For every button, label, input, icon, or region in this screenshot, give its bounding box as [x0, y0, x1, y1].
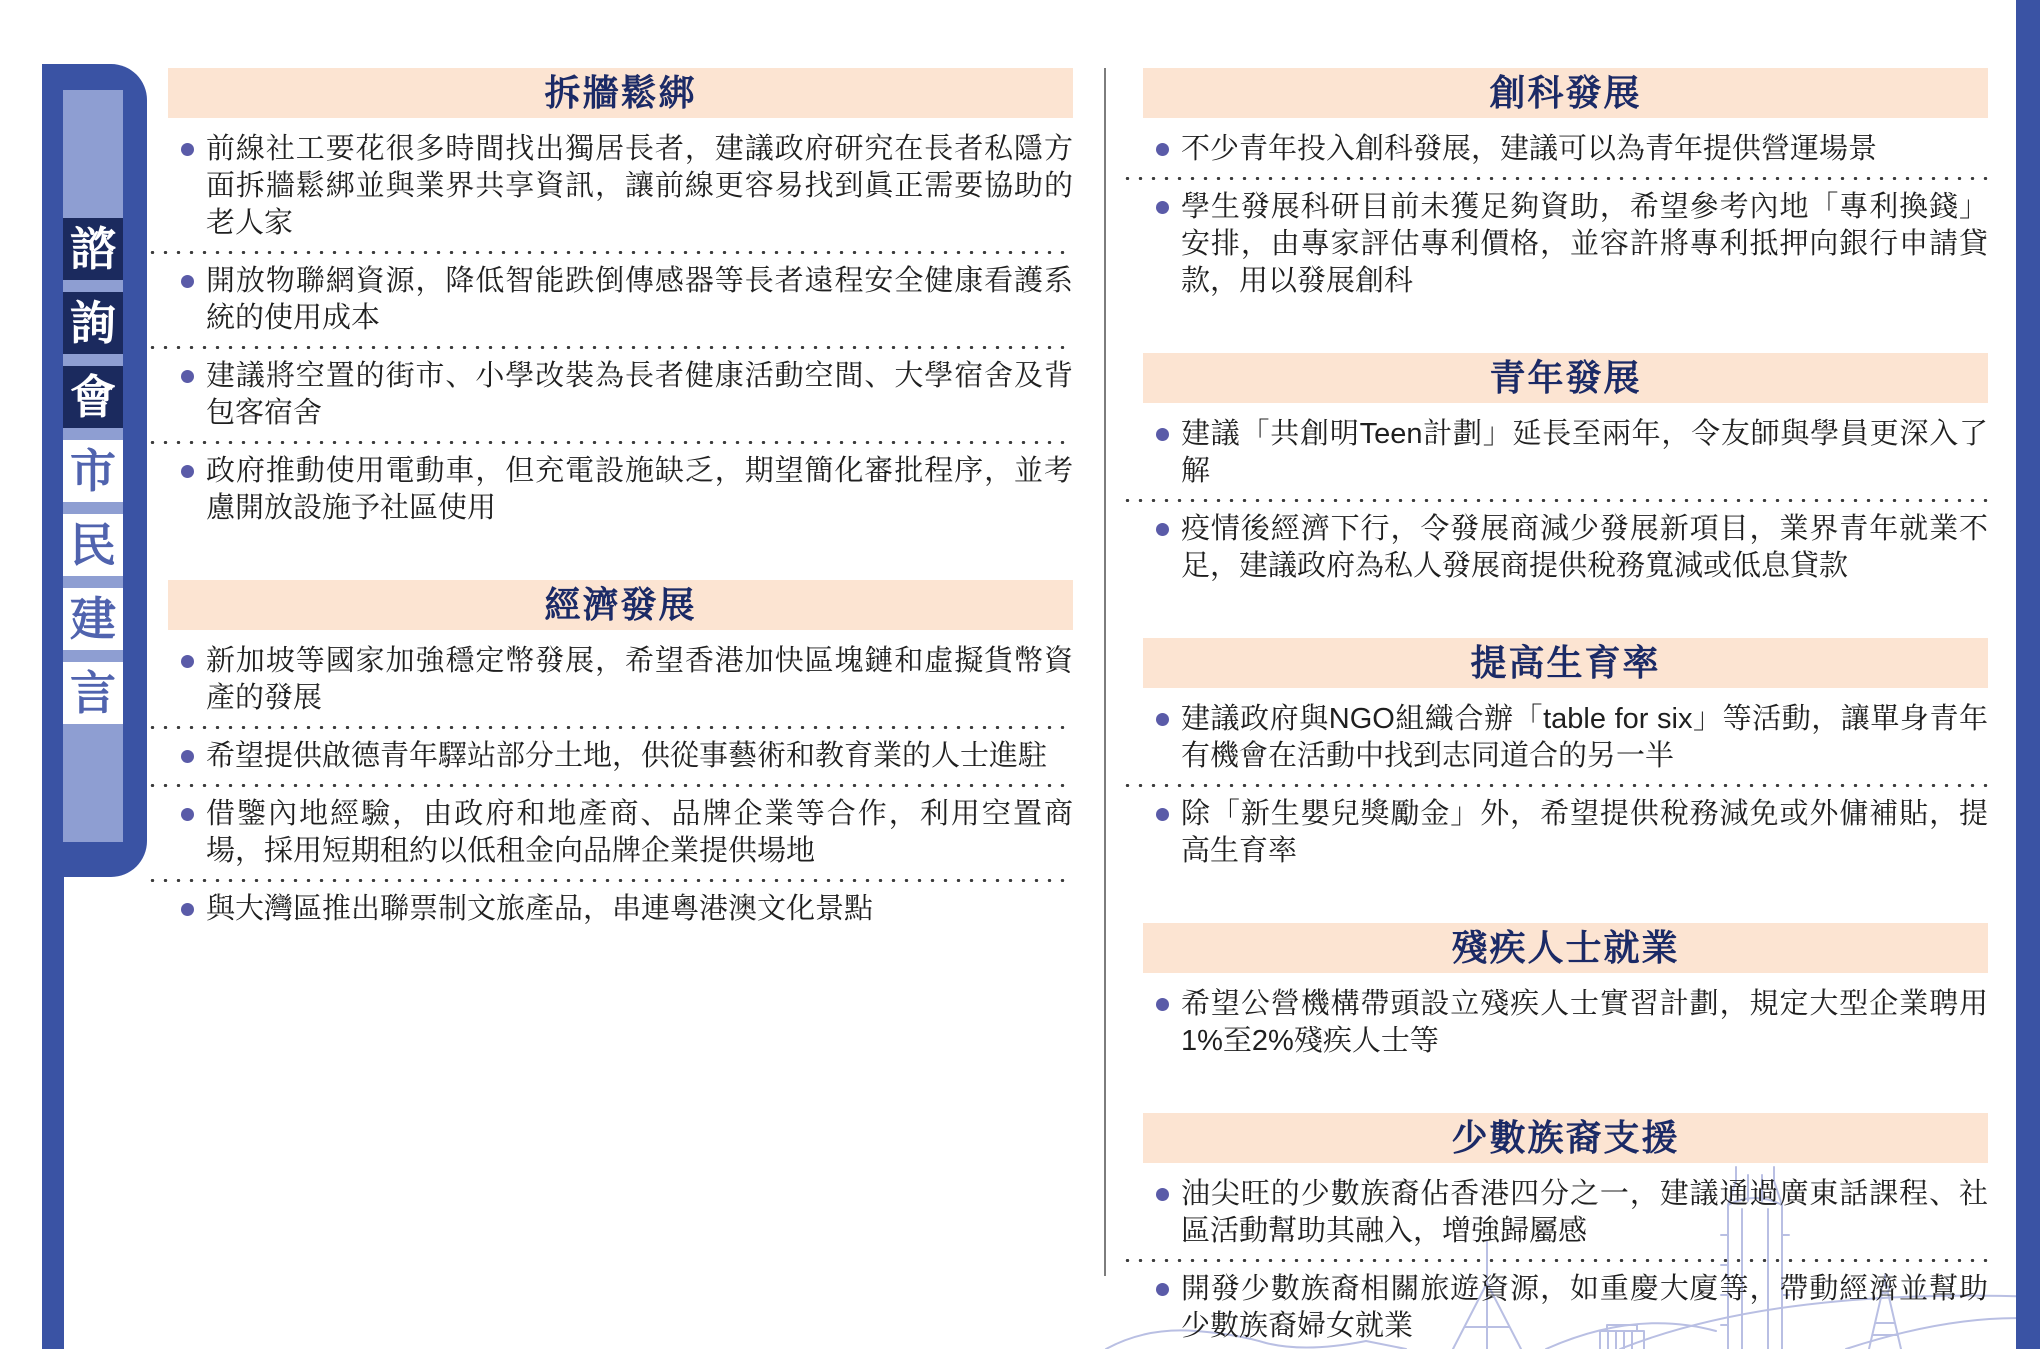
- bullet-icon: [181, 808, 194, 821]
- section: 青年發展建議「共創明Teen計劃」延長至兩年，令友師與學員更深入了解疫情後經濟下…: [1143, 353, 1988, 592]
- dotted-separator: [146, 879, 1073, 882]
- suggestion-item: 建議將空置的街市、小學改裝為長者健康活動空間、大學宿舍及背包客宿舍: [168, 351, 1073, 439]
- section-title: 提高生育率: [1143, 638, 1988, 688]
- bullet-icon: [181, 903, 194, 916]
- suggestion-text: 除「新生嬰兒獎勵金」外，希望提供稅務減免或外傭補貼，提高生育率: [1181, 798, 1988, 867]
- banner-char: 建: [63, 588, 123, 650]
- section-title: 拆牆鬆綁: [168, 68, 1073, 118]
- section: 拆牆鬆綁前線社工要花很多時間找出獨居長者，建議政府研究在長者私隱方面拆牆鬆綁並與…: [168, 68, 1073, 534]
- bullet-icon: [1156, 713, 1169, 726]
- dotted-separator: [146, 251, 1073, 254]
- banner-char: 詢: [63, 292, 123, 354]
- banner-inner-column: 諮詢會市民建言: [63, 90, 123, 842]
- suggestion-item: 政府推動使用電動車，但充電設施缺乏，期望簡化審批程序，並考慮開放設施予社區使用: [168, 446, 1073, 534]
- suggestion-text: 新加坡等國家加強穩定幣發展，希望香港加快區塊鏈和虛擬貨幣資產的發展: [206, 645, 1073, 714]
- suggestion-item: 油尖旺的少數族裔佔香港四分之一，建議通過廣東話課程、社區活動幫助其融入，增強歸屬…: [1143, 1169, 1988, 1257]
- banner-char: 會: [63, 366, 123, 428]
- suggestion-list: 前線社工要花很多時間找出獨居長者，建議政府研究在長者私隱方面拆牆鬆綁並與業界共享…: [168, 124, 1073, 534]
- suggestion-text: 建議政府與NGO組織合辦「table for six」等活動，讓單身青年有機會在…: [1181, 703, 1988, 772]
- suggestion-item: 開放物聯網資源，降低智能跌倒傳感器等長者遠程安全健康看護系統的使用成本: [168, 256, 1073, 344]
- suggestion-item: 學生發展科研目前未獲足夠資助，希望參考內地「專利換錢」安排，由專家評估專利價格，…: [1143, 182, 1988, 307]
- bullet-icon: [1156, 428, 1169, 441]
- suggestion-item: 希望公營機構帶頭設立殘疾人士實習計劃，規定大型企業聘用1%至2%殘疾人士等: [1143, 979, 1988, 1067]
- suggestion-item: 希望提供啟德青年驛站部分土地，供從事藝術和教育業的人士進駐: [168, 731, 1073, 782]
- section: 經濟發展新加坡等國家加強穩定幣發展，希望香港加快區塊鏈和虛擬貨幣資產的發展希望提…: [168, 580, 1073, 935]
- section-title: 少數族裔支援: [1143, 1113, 1988, 1163]
- section: 少數族裔支援油尖旺的少數族裔佔香港四分之一，建議通過廣東話課程、社區活動幫助其融…: [1143, 1113, 1988, 1349]
- dotted-separator: [1121, 1259, 1988, 1262]
- suggestion-text: 學生發展科研目前未獲足夠資助，希望參考內地「專利換錢」安排，由專家評估專利價格，…: [1181, 191, 1988, 297]
- right-column: 創科發展不少青年投入創科發展，建議可以為青年提供營運場景學生發展科研目前未獲足夠…: [1143, 68, 1988, 1349]
- suggestion-item: 不少青年投入創科發展，建議可以為青年提供營運場景: [1143, 124, 1988, 175]
- section-title: 創科發展: [1143, 68, 1988, 118]
- suggestion-list: 建議政府與NGO組織合辦「table for six」等活動，讓單身青年有機會在…: [1143, 694, 1988, 877]
- dotted-separator: [146, 784, 1073, 787]
- left-column: 拆牆鬆綁前線社工要花很多時間找出獨居長者，建議政府研究在長者私隱方面拆牆鬆綁並與…: [168, 68, 1073, 935]
- suggestion-text: 希望公營機構帶頭設立殘疾人士實習計劃，規定大型企業聘用1%至2%殘疾人士等: [1181, 988, 1988, 1057]
- section-title: 殘疾人士就業: [1143, 923, 1988, 973]
- section-title: 經濟發展: [168, 580, 1073, 630]
- suggestion-text: 政府推動使用電動車，但充電設施缺乏，期望簡化審批程序，並考慮開放設施予社區使用: [206, 455, 1073, 524]
- column-divider: [1104, 68, 1106, 1276]
- dotted-separator: [146, 441, 1073, 444]
- suggestion-list: 建議「共創明Teen計劃」延長至兩年，令友師與學員更深入了解疫情後經濟下行，令發…: [1143, 409, 1988, 592]
- section-title: 青年發展: [1143, 353, 1988, 403]
- bullet-icon: [1156, 201, 1169, 214]
- suggestion-item: 建議政府與NGO組織合辦「table for six」等活動，讓單身青年有機會在…: [1143, 694, 1988, 782]
- suggestion-item: 前線社工要花很多時間找出獨居長者，建議政府研究在長者私隱方面拆牆鬆綁並與業界共享…: [168, 124, 1073, 249]
- bullet-icon: [181, 275, 194, 288]
- bullet-icon: [1156, 143, 1169, 156]
- suggestion-text: 開放物聯網資源，降低智能跌倒傳感器等長者遠程安全健康看護系統的使用成本: [206, 265, 1073, 334]
- suggestion-text: 借鑒內地經驗，由政府和地產商、品牌企業等合作，利用空置商場，採用短期租約以低租金…: [206, 798, 1073, 867]
- bullet-icon: [1156, 998, 1169, 1011]
- suggestion-text: 前線社工要花很多時間找出獨居長者，建議政府研究在長者私隱方面拆牆鬆綁並與業界共享…: [206, 133, 1073, 239]
- document-page: { "sidebar": { "banner_chars": [ {"char"…: [0, 0, 2040, 1349]
- bullet-icon: [181, 370, 194, 383]
- banner-char: 言: [63, 662, 123, 724]
- suggestion-list: 希望公營機構帶頭設立殘疾人士實習計劃，規定大型企業聘用1%至2%殘疾人士等: [1143, 979, 1988, 1067]
- bullet-icon: [181, 143, 194, 156]
- banner-char: 民: [63, 514, 123, 576]
- suggestion-item: 開發少數族裔相關旅遊資源，如重慶大廈等，帶動經濟並幫助少數族裔婦女就業: [1143, 1264, 1988, 1349]
- bullet-icon: [1156, 1188, 1169, 1201]
- right-edge-bar: [2016, 0, 2040, 1349]
- section: 提高生育率建議政府與NGO組織合辦「table for six」等活動，讓單身青…: [1143, 638, 1988, 877]
- suggestion-text: 油尖旺的少數族裔佔香港四分之一，建議通過廣東話課程、社區活動幫助其融入，增強歸屬…: [1181, 1178, 1988, 1247]
- suggestion-text: 希望提供啟德青年驛站部分土地，供從事藝術和教育業的人士進駐: [206, 740, 1047, 772]
- suggestion-text: 建議「共創明Teen計劃」延長至兩年，令友師與學員更深入了解: [1181, 418, 1988, 487]
- banner-char: 市: [63, 440, 123, 502]
- suggestion-text: 建議將空置的街市、小學改裝為長者健康活動空間、大學宿舍及背包客宿舍: [206, 360, 1073, 429]
- bullet-icon: [1156, 1283, 1169, 1296]
- banner-char: 諮: [63, 218, 123, 280]
- suggestion-item: 除「新生嬰兒獎勵金」外，希望提供稅務減免或外傭補貼，提高生育率: [1143, 789, 1988, 877]
- bullet-icon: [1156, 523, 1169, 536]
- suggestion-item: 借鑒內地經驗，由政府和地產商、品牌企業等合作，利用空置商場，採用短期租約以低租金…: [168, 789, 1073, 877]
- bullet-icon: [181, 655, 194, 668]
- suggestion-list: 不少青年投入創科發展，建議可以為青年提供營運場景學生發展科研目前未獲足夠資助，希…: [1143, 124, 1988, 307]
- banner-pill: 諮詢會市民建言: [42, 64, 147, 877]
- dotted-separator: [1121, 177, 1988, 180]
- dotted-separator: [146, 346, 1073, 349]
- bullet-icon: [1156, 808, 1169, 821]
- suggestion-item: 新加坡等國家加強穩定幣發展，希望香港加快區塊鏈和虛擬貨幣資產的發展: [168, 636, 1073, 724]
- suggestion-text: 不少青年投入創科發展，建議可以為青年提供營運場景: [1181, 133, 1877, 165]
- suggestion-list: 油尖旺的少數族裔佔香港四分之一，建議通過廣東話課程、社區活動幫助其融入，增強歸屬…: [1143, 1169, 1988, 1349]
- dotted-separator: [1121, 784, 1988, 787]
- bullet-icon: [181, 465, 194, 478]
- suggestion-text: 開發少數族裔相關旅遊資源，如重慶大廈等，帶動經濟並幫助少數族裔婦女就業: [1181, 1273, 1988, 1342]
- dotted-separator: [1121, 499, 1988, 502]
- suggestion-item: 與大灣區推出聯票制文旅產品，串連粵港澳文化景點: [168, 884, 1073, 935]
- bullet-icon: [181, 750, 194, 763]
- section: 創科發展不少青年投入創科發展，建議可以為青年提供營運場景學生發展科研目前未獲足夠…: [1143, 68, 1988, 307]
- suggestion-text: 與大灣區推出聯票制文旅產品，串連粵港澳文化景點: [206, 893, 873, 925]
- suggestion-item: 疫情後經濟下行，令發展商減少發展新項目，業界青年就業不足，建議政府為私人發展商提…: [1143, 504, 1988, 592]
- suggestion-text: 疫情後經濟下行，令發展商減少發展新項目，業界青年就業不足，建議政府為私人發展商提…: [1181, 513, 1988, 582]
- section: 殘疾人士就業希望公營機構帶頭設立殘疾人士實習計劃，規定大型企業聘用1%至2%殘疾…: [1143, 923, 1988, 1067]
- suggestion-list: 新加坡等國家加強穩定幣發展，希望香港加快區塊鏈和虛擬貨幣資產的發展希望提供啟德青…: [168, 636, 1073, 935]
- dotted-separator: [146, 726, 1073, 729]
- suggestion-item: 建議「共創明Teen計劃」延長至兩年，令友師與學員更深入了解: [1143, 409, 1988, 497]
